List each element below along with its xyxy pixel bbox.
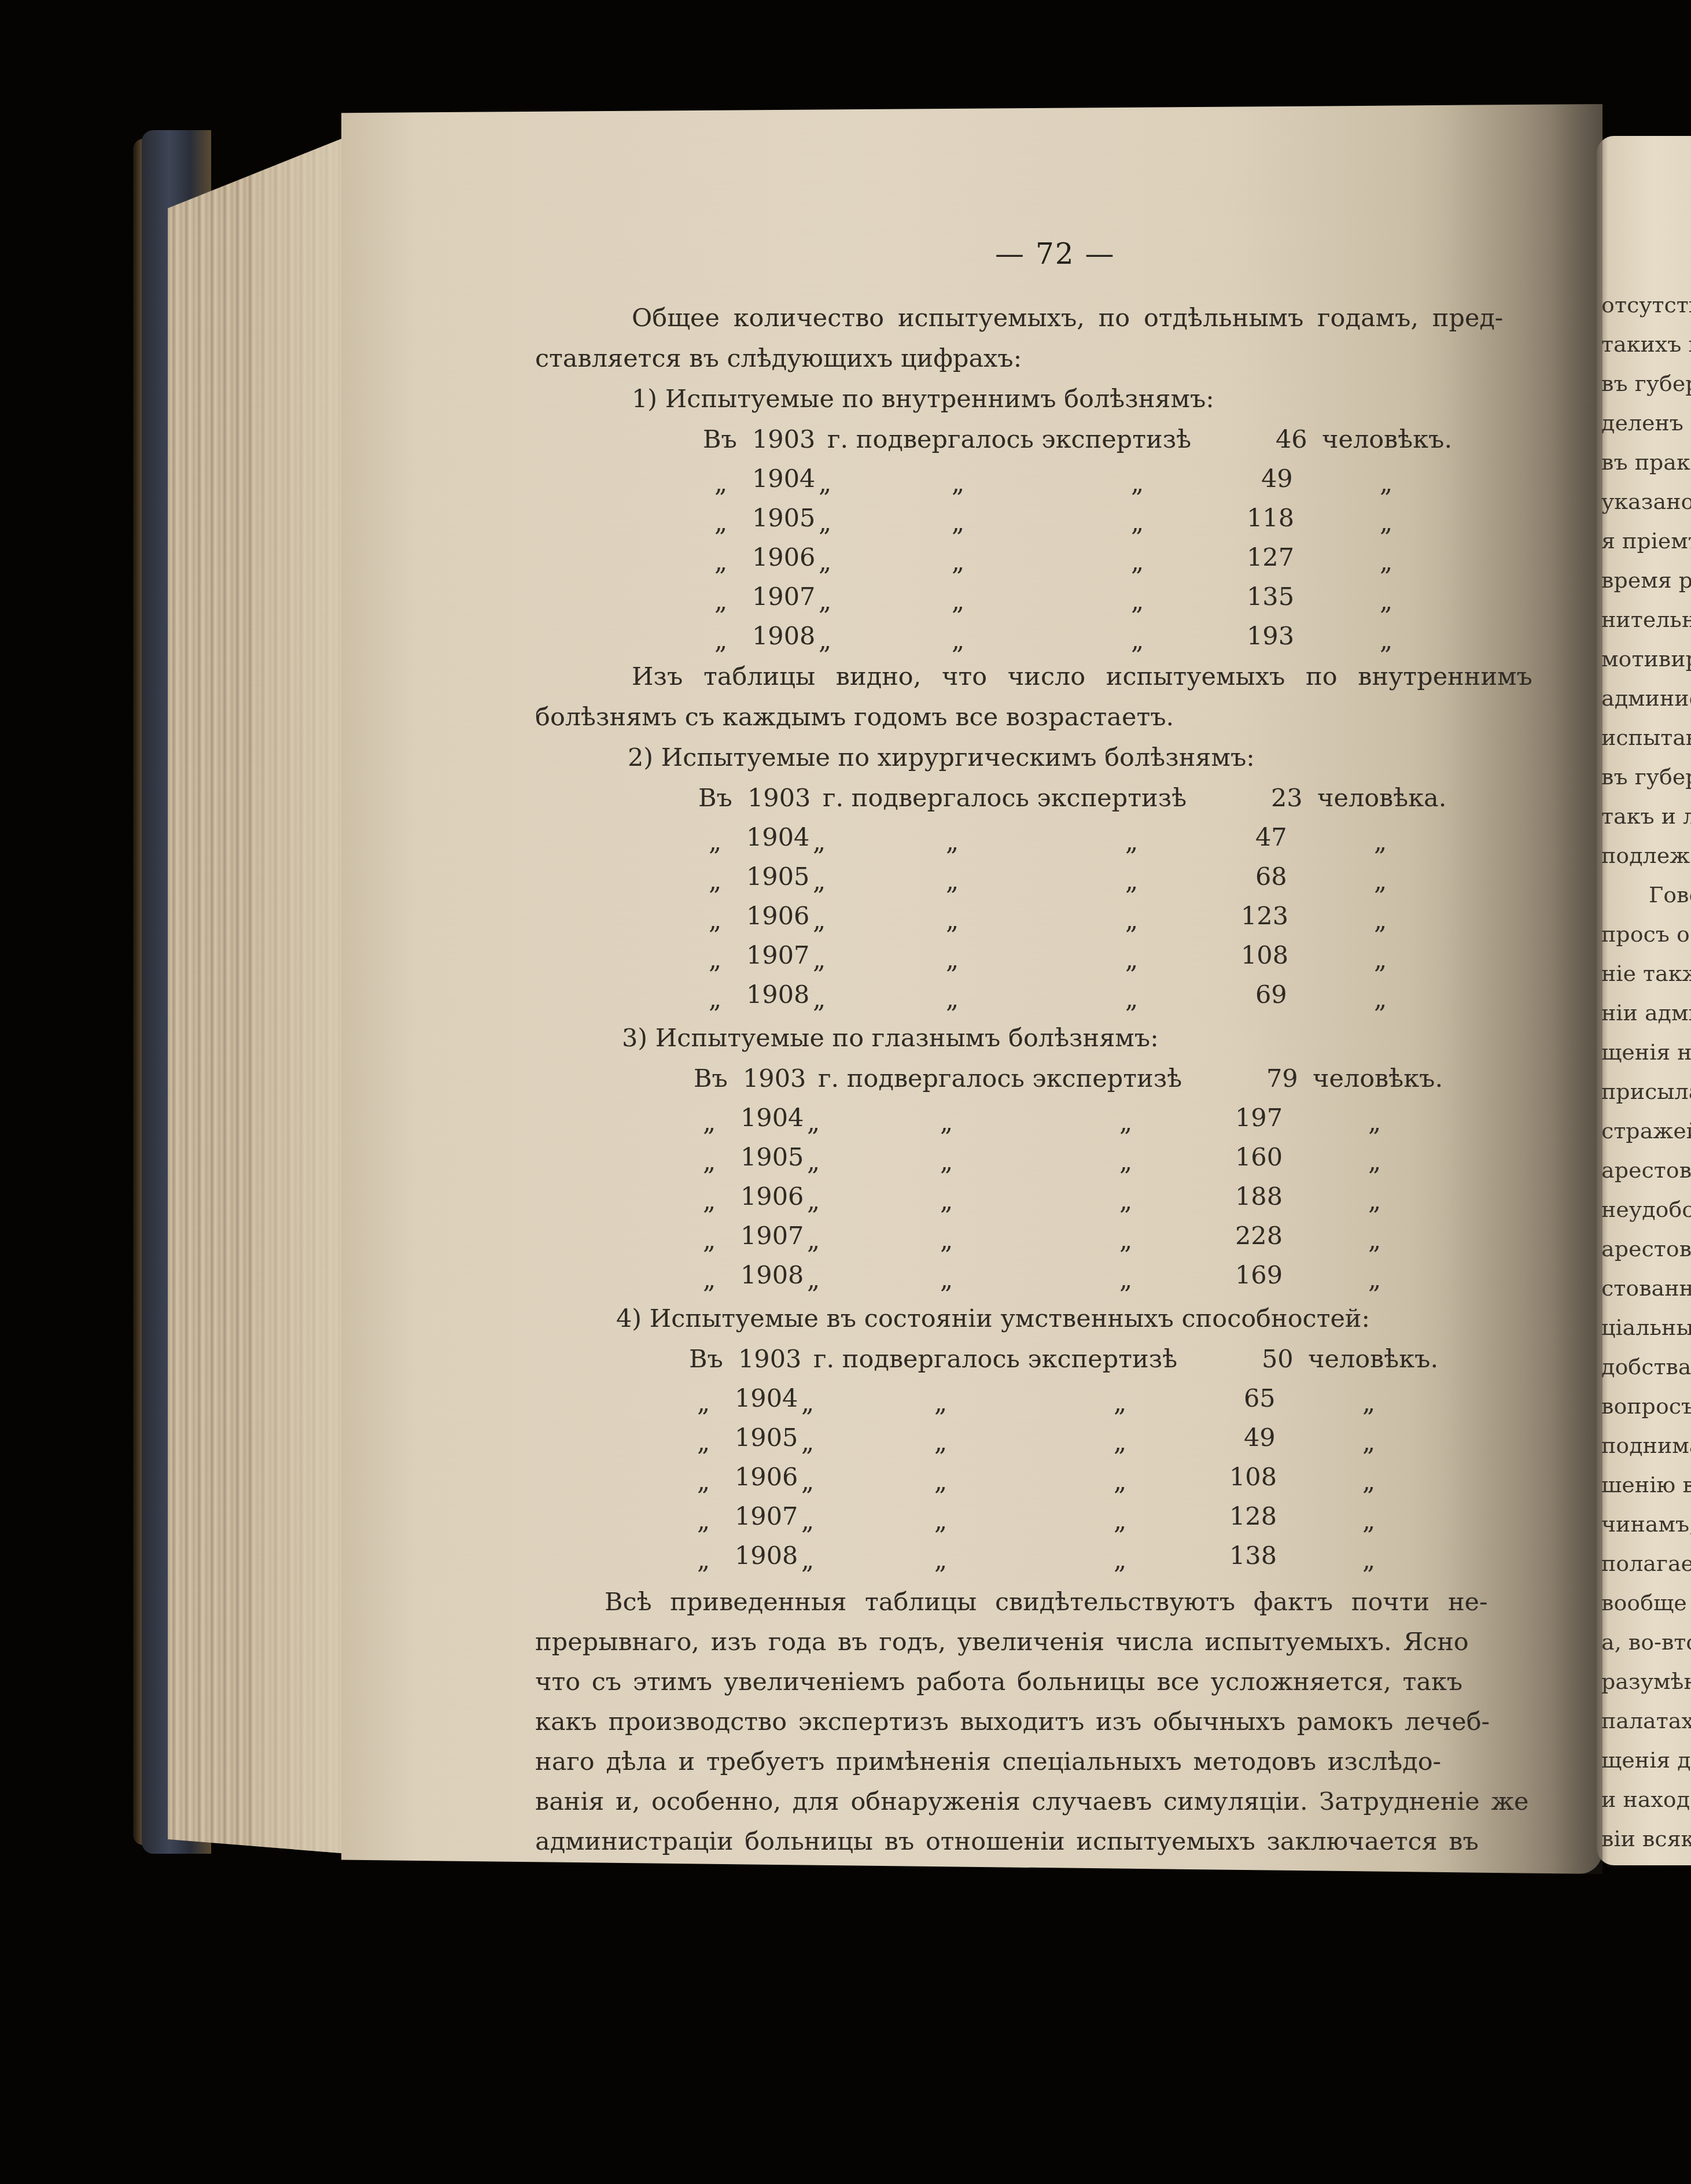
ditto-mark: „ — [813, 906, 826, 935]
row-year: 1906 — [735, 1463, 798, 1492]
next-page-line: такъ и л — [1601, 803, 1691, 829]
conclusion-line: наго дѣла и требуетъ примѣненiя спецiаль… — [535, 1747, 1441, 1776]
row-count: 47 — [1255, 823, 1287, 852]
ditto-mark: „ — [801, 1546, 814, 1575]
ditto-mark: „ — [1119, 1187, 1132, 1216]
ditto-mark: „ — [1368, 1108, 1381, 1137]
ditto-mark: „ — [703, 1266, 716, 1294]
ditto-mark: „ — [946, 906, 959, 935]
row-year: 1908 — [735, 1541, 798, 1570]
row-year: 1908 — [746, 980, 809, 1009]
row-count: 49 — [1261, 464, 1293, 493]
next-page-line: присылак — [1601, 1079, 1691, 1104]
ditto-mark: „ — [1131, 508, 1144, 537]
ditto-mark: „ — [940, 1148, 953, 1176]
row-count: 193 — [1247, 622, 1294, 651]
ditto-mark: „ — [940, 1187, 953, 1216]
row-year: 1904 — [740, 1104, 804, 1132]
ditto-mark: „ — [697, 1428, 710, 1457]
ditto-mark: „ — [952, 626, 964, 655]
next-page-line: мотивиро — [1601, 646, 1691, 672]
ditto-mark: „ — [1131, 548, 1144, 577]
ditto-mark: „ — [952, 548, 964, 577]
next-page-line: неудобст — [1601, 1197, 1691, 1222]
next-page-line: отсутствiи — [1601, 292, 1691, 318]
next-page-line: стованны — [1601, 1275, 1691, 1301]
ditto-mark: „ — [1380, 508, 1392, 537]
row-year: 1906 — [752, 543, 815, 572]
next-page-line: вопросъ — [1601, 1393, 1691, 1419]
ditto-mark: „ — [1131, 626, 1144, 655]
row-year: 1908 — [752, 622, 815, 651]
row-text: г. подвергалось экспертизѣ — [827, 425, 1191, 454]
next-page-line: просъ о — [1601, 921, 1690, 947]
ditto-mark: „ — [703, 1148, 716, 1176]
row-year: 1906 — [746, 902, 809, 931]
section-heading: 2) Испытуемые по хирургическимъ болѣзням… — [628, 743, 1255, 772]
intro-line-2: ставляется въ слѣдующихъ цифрахъ: — [535, 344, 1022, 373]
ditto-mark: „ — [1114, 1507, 1126, 1536]
ditto-mark: „ — [801, 1428, 814, 1457]
next-page-line: нiи админ — [1601, 1000, 1691, 1025]
ditto-mark: „ — [1114, 1428, 1126, 1457]
row-count: 46 — [1276, 425, 1307, 454]
next-page-line: указано н — [1601, 489, 1691, 514]
ditto-mark: „ — [697, 1546, 710, 1575]
next-page-line: я прiемъ — [1601, 528, 1691, 554]
next-page-fragment: отсутствiитакихъ кавъ губернделенъ првъ … — [1597, 136, 1691, 1865]
next-page-line: палатахъ — [1601, 1708, 1691, 1733]
row-year: 1907 — [735, 1502, 798, 1531]
row-year: 1905 — [735, 1423, 798, 1452]
ditto-mark: „ — [1125, 985, 1138, 1014]
ditto-mark: „ — [946, 828, 959, 857]
row-count: 49 — [1244, 1423, 1276, 1452]
row-year: 1904 — [735, 1384, 798, 1413]
ditto-mark: „ — [714, 587, 727, 616]
conclusion-line: ванiя и, особенно, для обнаруженiя случа… — [535, 1787, 1528, 1816]
ditto-mark: „ — [1131, 469, 1144, 498]
ditto-mark: „ — [697, 1507, 710, 1536]
next-page-line: арестова — [1601, 1157, 1691, 1183]
ditto-mark: „ — [819, 469, 831, 498]
ditto-mark: „ — [807, 1187, 820, 1216]
ditto-mark: „ — [946, 946, 959, 975]
row-count: 169 — [1235, 1261, 1283, 1290]
row-year: 1907 — [746, 941, 809, 970]
ditto-mark: „ — [1125, 906, 1138, 935]
ditto-mark: „ — [1374, 828, 1387, 857]
next-page-line: вiи всяк — [1601, 1826, 1691, 1851]
ditto-mark: „ — [1362, 1546, 1375, 1575]
section-heading: 4) Испытуемые въ состоянiи умственныхъ с… — [616, 1304, 1370, 1333]
ditto-mark: „ — [946, 985, 959, 1014]
next-page-line: Гово — [1649, 882, 1691, 907]
next-page-line: добства — [1601, 1354, 1691, 1379]
ditto-mark: „ — [1362, 1507, 1375, 1536]
ditto-mark: „ — [801, 1507, 814, 1536]
between-text-line-2: болѣзнямъ съ каждымъ годомъ все возраста… — [535, 703, 1174, 732]
ditto-mark: „ — [703, 1226, 716, 1255]
next-page-line: въ губерн — [1601, 371, 1691, 396]
row-text: г. подвергалось экспертизѣ — [813, 1345, 1177, 1374]
next-page-line: цiальныя — [1601, 1315, 1691, 1340]
row-year: 1903 — [738, 1345, 801, 1374]
ditto-mark: „ — [714, 626, 727, 655]
ditto-mark: „ — [697, 1389, 710, 1418]
row-year: 1903 — [743, 1064, 806, 1093]
ditto-mark: „ — [819, 626, 831, 655]
ditto-mark: „ — [934, 1467, 947, 1496]
ditto-mark: „ — [709, 828, 721, 857]
row-unit: человѣкъ. — [1313, 1064, 1443, 1093]
row-year: 1904 — [752, 464, 815, 493]
next-page-line: администр — [1601, 685, 1691, 711]
next-page-line: полагаем — [1601, 1551, 1691, 1576]
ditto-mark: „ — [1119, 1148, 1132, 1176]
row-year: 1907 — [752, 582, 815, 611]
next-page-line: подлежап — [1601, 843, 1691, 868]
ditto-mark: „ — [709, 946, 721, 975]
row-year: 1905 — [752, 504, 815, 533]
ditto-mark: „ — [1362, 1467, 1375, 1496]
next-page-line: разумѣн — [1601, 1669, 1691, 1694]
ditto-mark: „ — [940, 1266, 953, 1294]
ditto-mark: „ — [934, 1507, 947, 1536]
next-page-line: время рек — [1601, 567, 1691, 593]
row-year: 1907 — [740, 1222, 804, 1250]
ditto-mark: „ — [714, 548, 727, 577]
ditto-mark: „ — [1380, 626, 1392, 655]
row-text: г. подвергалось экспертизѣ — [823, 784, 1187, 813]
next-page-line: стражей, — [1601, 1118, 1691, 1143]
row-prefix: Въ — [694, 1064, 728, 1093]
ditto-mark: „ — [1380, 469, 1392, 498]
row-count: 138 — [1229, 1541, 1277, 1570]
page-number: — 72 — — [995, 237, 1115, 271]
row-year: 1905 — [746, 862, 809, 891]
ditto-mark: „ — [934, 1428, 947, 1457]
row-year: 1904 — [746, 823, 809, 852]
ditto-mark: „ — [1368, 1187, 1381, 1216]
next-page-line: нительное — [1601, 607, 1691, 632]
ditto-mark: „ — [1380, 587, 1392, 616]
next-page-line: вообще — [1601, 1590, 1687, 1615]
next-page-line: поднима. — [1601, 1433, 1691, 1458]
ditto-mark: „ — [1114, 1389, 1126, 1418]
ditto-mark: „ — [813, 985, 826, 1014]
row-count: 135 — [1247, 582, 1294, 611]
ditto-mark: „ — [709, 985, 721, 1014]
ditto-mark: „ — [952, 587, 964, 616]
conclusion-line: что съ этимъ увеличенiемъ работа больниц… — [535, 1667, 1462, 1696]
next-page-line: щенiя на — [1601, 1039, 1691, 1065]
row-count: 69 — [1255, 980, 1287, 1009]
next-page-line: въ губер — [1601, 764, 1691, 790]
ditto-mark: „ — [1362, 1428, 1375, 1457]
conclusion-line: прерывнаго, изъ года въ годъ, увеличенiя… — [535, 1628, 1469, 1657]
ditto-mark: „ — [1125, 946, 1138, 975]
ditto-mark: „ — [709, 906, 721, 935]
row-year: 1903 — [747, 784, 810, 813]
row-year: 1906 — [740, 1182, 804, 1211]
ditto-mark: „ — [1374, 985, 1387, 1014]
row-prefix: Въ — [698, 784, 732, 813]
ditto-mark: „ — [813, 828, 826, 857]
row-count: 50 — [1262, 1345, 1294, 1374]
ditto-mark: „ — [1119, 1266, 1132, 1294]
ditto-mark: „ — [807, 1148, 820, 1176]
ditto-mark: „ — [1125, 867, 1138, 896]
row-unit: человѣка. — [1317, 784, 1446, 813]
ditto-mark: „ — [813, 867, 826, 896]
next-page-line: деленъ пр — [1601, 410, 1691, 436]
section-heading: 1) Испытуемые по внутреннимъ болѣзнямъ: — [632, 385, 1214, 414]
next-page-line: нiе также — [1601, 961, 1691, 986]
ditto-mark: „ — [697, 1467, 710, 1496]
next-page-line: арестова — [1601, 1236, 1691, 1261]
ditto-mark: „ — [813, 946, 826, 975]
ditto-mark: „ — [1114, 1546, 1126, 1575]
ditto-mark: „ — [1374, 906, 1387, 935]
ditto-mark: „ — [703, 1187, 716, 1216]
ditto-mark: „ — [807, 1226, 820, 1255]
row-count: 23 — [1271, 784, 1303, 813]
next-page-line: чинамъ, — [1601, 1511, 1691, 1537]
row-year: 1905 — [740, 1143, 804, 1172]
next-page-line: а, во-вто — [1601, 1629, 1691, 1655]
row-count: 228 — [1235, 1222, 1283, 1250]
ditto-mark: „ — [934, 1546, 947, 1575]
between-text-line-1: Изъ таблицы видно, что число испытуемыхъ… — [632, 662, 1532, 691]
ditto-mark: „ — [801, 1467, 814, 1496]
conclusion-line: Всѣ приведенныя таблицы свидѣтельствуютъ… — [605, 1588, 1488, 1617]
row-count: 65 — [1244, 1384, 1276, 1413]
ditto-mark: „ — [1374, 867, 1387, 896]
row-count: 128 — [1229, 1502, 1277, 1531]
row-count: 108 — [1229, 1463, 1277, 1492]
ditto-mark: „ — [1131, 587, 1144, 616]
ditto-mark: „ — [1380, 548, 1392, 577]
conclusion-line: какъ производство экспертизъ выходитъ из… — [535, 1707, 1490, 1736]
row-count: 123 — [1241, 902, 1288, 931]
ditto-mark: „ — [1125, 828, 1138, 857]
ditto-mark: „ — [819, 548, 831, 577]
ditto-mark: „ — [940, 1226, 953, 1255]
ditto-mark: „ — [1368, 1226, 1381, 1255]
ditto-mark: „ — [940, 1108, 953, 1137]
row-prefix: Въ — [703, 425, 737, 454]
next-page-line: испытанiк — [1601, 725, 1691, 750]
row-count: 127 — [1247, 543, 1294, 572]
ditto-mark: „ — [703, 1108, 716, 1137]
row-count: 79 — [1266, 1064, 1298, 1093]
row-count: 160 — [1235, 1143, 1283, 1172]
ditto-mark: „ — [1362, 1389, 1375, 1418]
row-count: 68 — [1255, 862, 1287, 891]
next-page-line: и наход — [1601, 1787, 1690, 1812]
row-unit: человѣкъ. — [1308, 1345, 1438, 1374]
ditto-mark: „ — [807, 1108, 820, 1137]
ditto-mark: „ — [952, 469, 964, 498]
next-page-line: такихъ ка — [1601, 331, 1691, 357]
section-heading: 3) Испытуемые по глазнымъ болѣзнямъ: — [622, 1024, 1159, 1053]
ditto-mark: „ — [946, 867, 959, 896]
row-prefix: Въ — [689, 1345, 723, 1374]
row-unit: человѣкъ. — [1322, 425, 1452, 454]
row-count: 197 — [1235, 1104, 1283, 1132]
row-count: 108 — [1241, 941, 1288, 970]
ditto-mark: „ — [952, 508, 964, 537]
row-year: 1908 — [740, 1261, 804, 1290]
ditto-mark: „ — [1368, 1266, 1381, 1294]
ditto-mark: „ — [714, 469, 727, 498]
ditto-mark: „ — [1119, 1108, 1132, 1137]
row-year: 1903 — [752, 425, 815, 454]
ditto-mark: „ — [819, 587, 831, 616]
ditto-mark: „ — [807, 1266, 820, 1294]
ditto-mark: „ — [934, 1389, 947, 1418]
ditto-mark: „ — [1368, 1148, 1381, 1176]
next-page-line: въ практи — [1601, 449, 1691, 475]
next-page-line: шенiю в — [1601, 1472, 1691, 1497]
ditto-mark: „ — [801, 1389, 814, 1418]
conclusion-line: администрацiи больницы въ отношенiи испы… — [535, 1827, 1479, 1856]
ditto-mark: „ — [819, 508, 831, 537]
row-text: г. подвергалось экспертизѣ — [818, 1064, 1182, 1093]
row-count: 188 — [1235, 1182, 1283, 1211]
intro-line-1: Общее количество испытуемыхъ, по отдѣльн… — [632, 304, 1503, 333]
next-page-line: щенiя д — [1601, 1747, 1691, 1773]
ditto-mark: „ — [1119, 1226, 1132, 1255]
ditto-mark: „ — [714, 508, 727, 537]
ditto-mark: „ — [1374, 946, 1387, 975]
ditto-mark: „ — [1114, 1467, 1126, 1496]
row-count: 118 — [1247, 504, 1294, 533]
ditto-mark: „ — [709, 867, 721, 896]
